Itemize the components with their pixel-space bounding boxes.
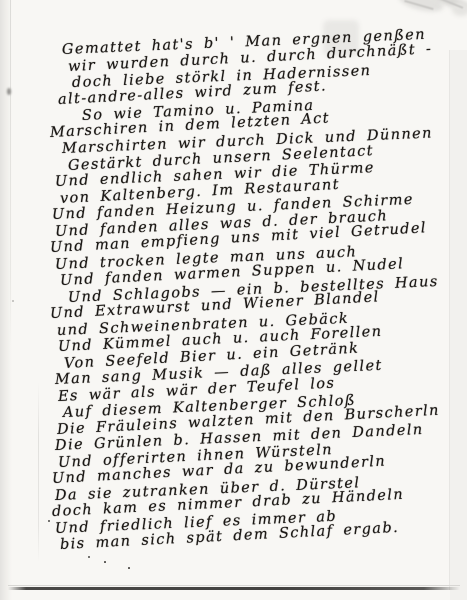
ink-speck — [104, 561, 106, 563]
ink-speck — [7, 88, 11, 95]
ink-speck — [128, 567, 130, 569]
ink-speck — [48, 520, 50, 522]
scanned-page: Gemattet hat's b' ' Man ergnen genßenwir… — [0, 0, 467, 600]
ink-speck — [12, 300, 14, 302]
ink-speck — [88, 556, 90, 558]
scan-bottom-edge-highlight — [8, 585, 460, 586]
scan-bottom-edge-line — [8, 587, 460, 590]
handwriting-block: Gemattet hat's b' ' Man ergnen genßenwir… — [0, 0, 467, 600]
scanned-document-image: { "colors": { "ink": "#201d1a", "paper":… — [0, 0, 467, 600]
